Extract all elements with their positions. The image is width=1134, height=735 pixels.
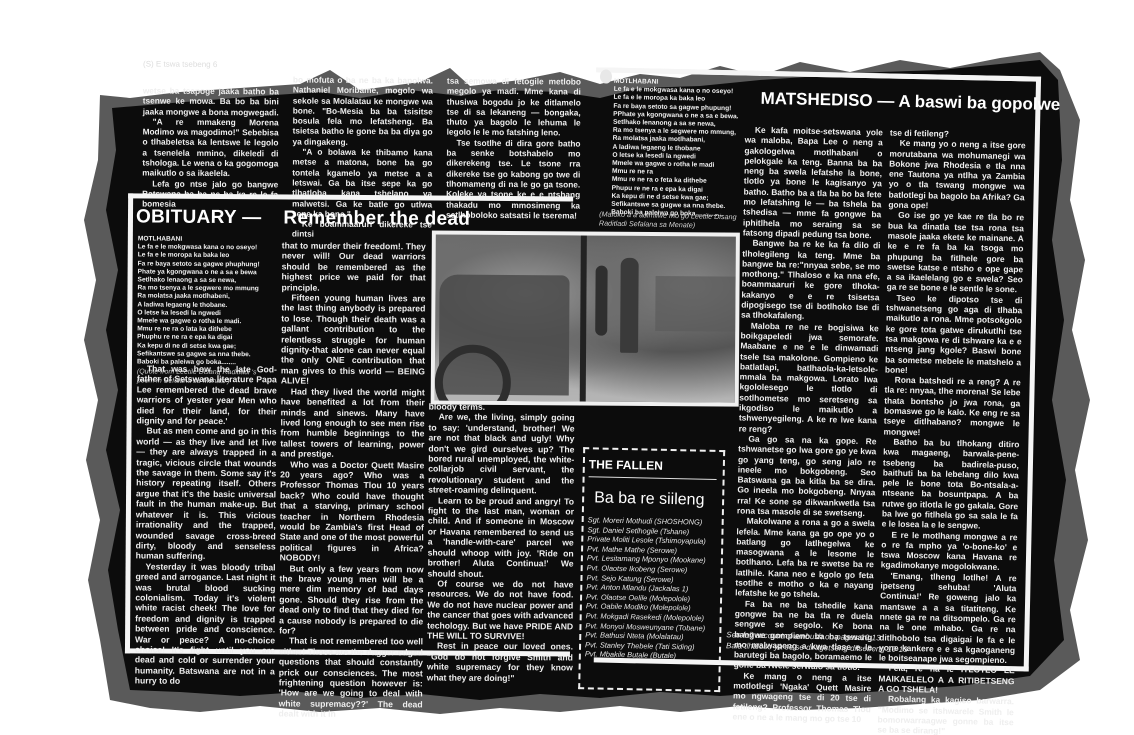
paragraph: Ke mang o neng a itse motlotlegi 'Ngaka'…	[733, 670, 872, 724]
obituary-column-1: That was how the late God-father of Sets…	[135, 363, 277, 687]
top-column-1: wetse ba tsapoge jaaka batho ba tsenwe k…	[142, 85, 279, 210]
paragraph: E re le motlhang mongwe a re o re fa mph…	[881, 529, 1018, 573]
poem-motlhabani-right: MOTLHABANI Le fa e le mokgwasa kana o no…	[611, 78, 754, 220]
paragraph: That is not remembered too well either! …	[278, 636, 423, 720]
paragraph: Are we, the living, simply going to say:…	[428, 412, 575, 496]
paragraph: Bangwe ba re ke ka fa dilo di tlholegile…	[741, 238, 881, 323]
paragraph: Yesterday it was bloody tribal greed and…	[135, 561, 276, 687]
paragraph: Robalang ka kagiso barwarra. "Modimo se …	[877, 694, 1014, 735]
paragraph: Makolwane a rona a go a swela lefela. Mm…	[735, 516, 875, 601]
poem-caption-right: (Mafoko a a adimilwe mo go Leetile Disan…	[599, 209, 749, 230]
left-page: (S) E tswa tsebeng 6 wetse ba tsapoge ja…	[123, 53, 602, 666]
paragraph: But as men come and go in this world — a…	[136, 426, 277, 562]
paragraph: bo mofuta o ba ne ba ka bapolwa. Nathani…	[292, 75, 432, 148]
paragraph: Rona batshedi re a reng? A re tla re: nn…	[884, 375, 1021, 440]
paragraph: wetse ba tsapoge jaaka batho ba tsenwe k…	[143, 85, 279, 117]
magazine-spine	[580, 236, 587, 402]
obituary-headline: OBITUARY —Remember the dead	[136, 206, 470, 230]
paragraph: "A re mmakeng Morena Modimo wa magodimo!…	[142, 116, 278, 179]
paragraph: Maloba re ne re bogisiwa ke boikgapeledi…	[739, 320, 879, 436]
paragraph: Fifteen young human lives are the last t…	[281, 292, 426, 387]
paragraph: Learn to be proud and angry! To fight to…	[427, 495, 574, 579]
fallen-names-list: Sgt. Moreri Mothudi (SHOSHONG) Sgt. Dani…	[585, 515, 718, 662]
paragraph: Batho ba bu tlhokang ditiro kwa magaeng,…	[882, 436, 1020, 531]
paragraph: Rest in peace our loved ones. "God do no…	[427, 641, 573, 684]
paragraph: Fela, re na le ITLOTLO LE MAIKAELELO A A…	[878, 663, 1015, 697]
paragraph: Ke mang yo o neng a itse gore morutabana…	[888, 138, 1025, 213]
paragraph: Go ise go ye kae re tla bo re bua ka din…	[887, 210, 1025, 295]
divider	[589, 476, 717, 480]
paragraph: that to murder their freedom!. They neve…	[281, 240, 425, 293]
obituary-subtitle: Remember the dead	[283, 207, 470, 229]
obituary-title: OBITUARY —	[136, 206, 262, 228]
paragraph: Who was a Doctor Quett Masire 20 years a…	[280, 459, 425, 564]
paragraph: Ga go sa na ka gope. Re tshwanetse go lw…	[737, 433, 877, 518]
obituary-column-2: that to murder their freedom!. They neve…	[278, 240, 425, 720]
fallen-title: THE FALLEN	[589, 457, 663, 473]
fallen-subtitle: Ba ba re siileng	[594, 489, 705, 509]
paragraph: That was how the late God-father of Sets…	[137, 363, 277, 426]
paragraph: tsa semowa di fetogile metlobo megolo ya…	[447, 76, 581, 139]
right-page: MOTLHABANI Le fa e le mokgwasa kana o no…	[584, 55, 1047, 674]
paragraph: Tseo ke dipotso tse di tshwanetseng go a…	[885, 292, 1023, 377]
paragraph: Had they lived the world might have bene…	[280, 386, 425, 460]
paragraph: But only a few years from now the brave …	[279, 563, 424, 637]
paragraph: Ke kafa moitse-setswana yole wa maloba, …	[743, 124, 883, 240]
obituary-column-3: bloody terms. Are we, the living, simply…	[427, 401, 575, 683]
page-reference: (S) E tswa tsebeng 6	[143, 59, 217, 69]
paragraph: Of course we do not have resources. We d…	[427, 578, 573, 641]
the-fallen-box: THE FALLEN Ba ba re siileng Sgt. Moreri …	[578, 447, 725, 692]
fallen-name: Pvt. Mbakile Butale (Butale)	[585, 650, 715, 662]
